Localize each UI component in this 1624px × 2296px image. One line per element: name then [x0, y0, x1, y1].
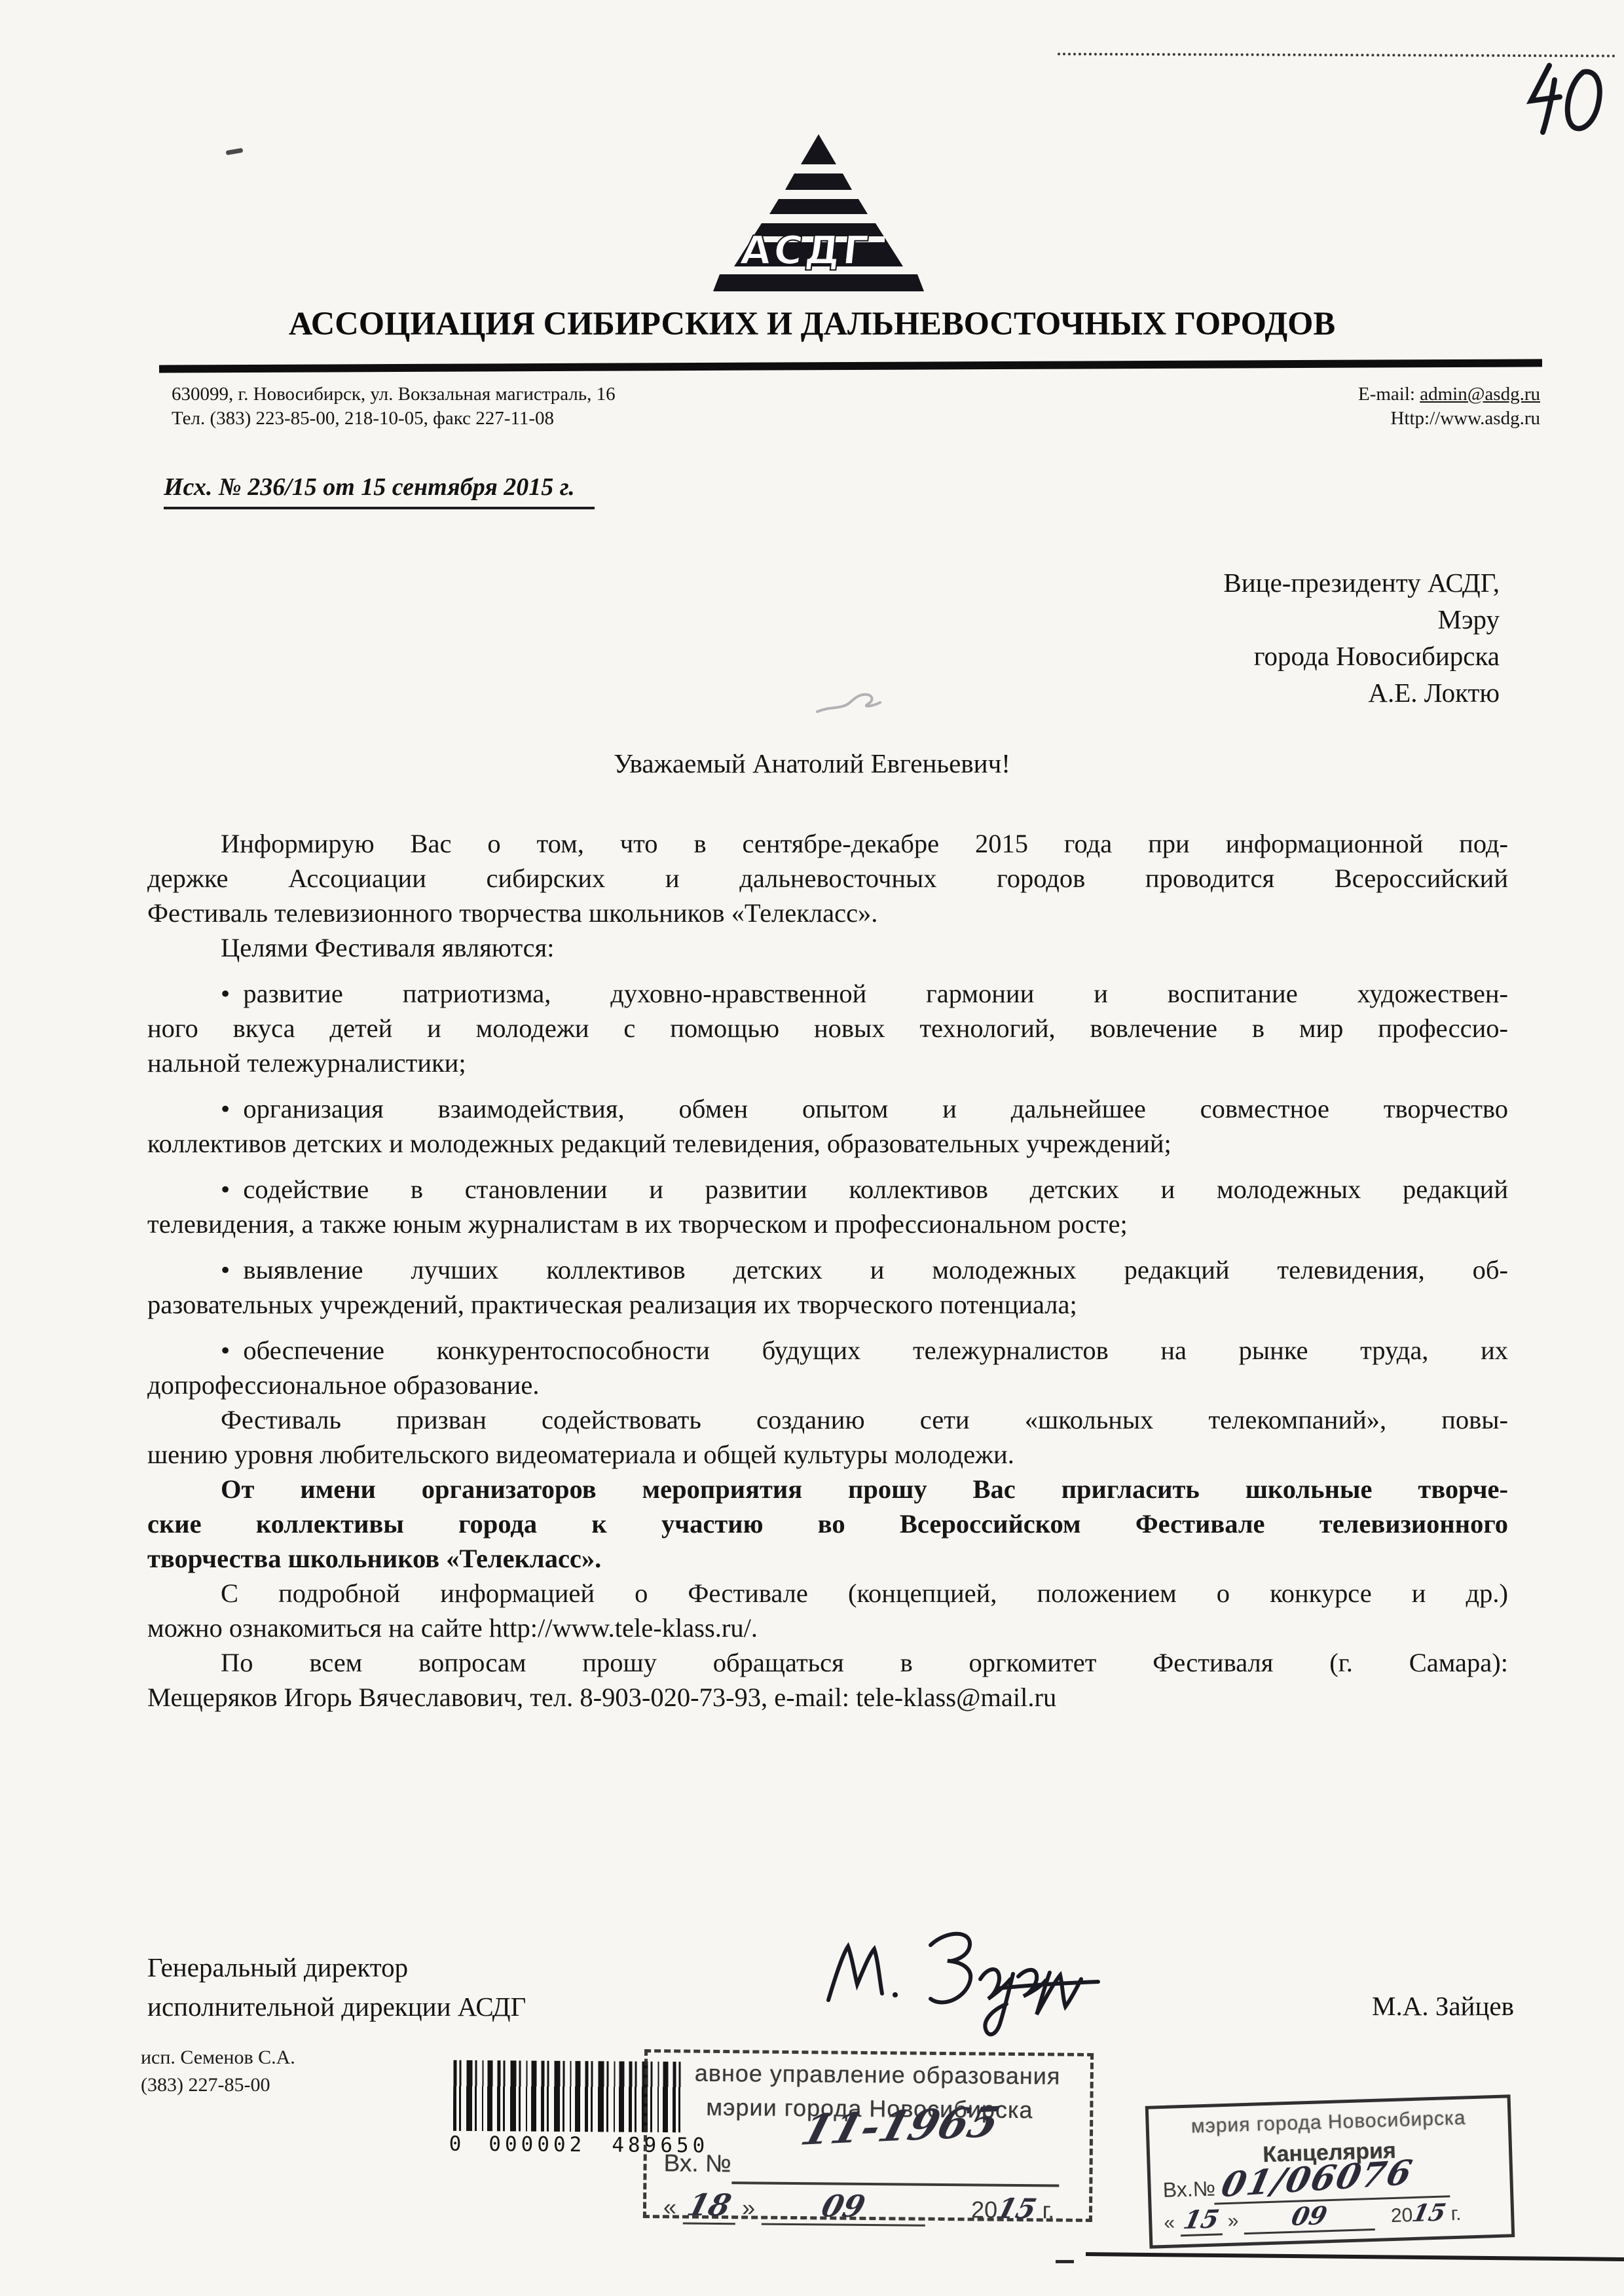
body-line: допрофессиональное образование.	[147, 1368, 1508, 1402]
body-line: Фестиваль телевизионного творчества школ…	[147, 896, 1508, 930]
org-web-block: E-mail: admin@asdg.ru Http://www.asdg.ru	[1358, 382, 1540, 431]
executor-block: исп. Семенов С.А. (383) 227-85-00	[141, 2044, 295, 2099]
stamp-city-chancellery: мэрия города Новосибирска Канцелярия Вх.…	[1145, 2094, 1515, 2248]
email-label: E-mail:	[1358, 384, 1420, 405]
stamp-incoming-label: Вх.№	[1162, 2177, 1215, 2203]
body-line: творчества школьников «Телекласс».	[147, 1541, 1508, 1576]
body-paragraph: Информирую Вас о том, что в сентябре-дек…	[147, 826, 1508, 930]
letter-body: Информирую Вас о том, что в сентябре-дек…	[147, 826, 1508, 1715]
stamp-year-handwritten: 15	[1410, 2198, 1449, 2227]
body-line: • развитие патриотизма, духовно-нравстве…	[147, 976, 1508, 1011]
body-line: телевидения, а также юным журналистам в …	[147, 1207, 1508, 1241]
logo-text: АСДГ	[739, 228, 873, 274]
body-line: • обеспечение конкурентоспособности буду…	[147, 1333, 1508, 1368]
org-website: Http://www.asdg.ru	[1358, 407, 1540, 431]
organization-name: АССОЦИАЦИЯ СИБИРСКИХ И ДАЛЬНЕВОСТОЧНЫХ Г…	[8, 305, 1615, 343]
body-line: нальной тележурналистики;	[147, 1046, 1508, 1080]
scan-artifact-dash	[1056, 2260, 1074, 2263]
body-line: • организация взаимодействия, обмен опыт…	[147, 1091, 1508, 1126]
stamp-year-prefix: 20	[971, 2196, 997, 2223]
body-line: Мещеряков Игорь Вячеславович, тел. 8-903…	[147, 1680, 1508, 1715]
recipient-line: Мэру	[1223, 601, 1500, 638]
body-line: Информирую Вас о том, что в сентябре-дек…	[147, 826, 1508, 861]
stamp-education-department: авное управление образования мэрии город…	[643, 2049, 1094, 2222]
stamp-incoming-label: Вх. №	[663, 2149, 731, 2178]
stamp-date-row: « 15 » 09 2015 г.	[1164, 2195, 1492, 2237]
body-line: По всем вопросам прошу обращаться в оргк…	[147, 1645, 1508, 1680]
scan-artifact-dash	[226, 148, 244, 155]
org-phone: Тел. (383) 223-85-00, 218-10-05, факс 22…	[172, 407, 616, 431]
body-paragraph: • организация взаимодействия, обмен опыт…	[147, 1091, 1508, 1161]
stamp-org-line: мэрия города Новосибирска	[1149, 2105, 1508, 2139]
org-address-block: 630099, г. Новосибирск, ул. Вокзальная м…	[172, 382, 616, 431]
org-email: admin@asdg.ru	[1420, 384, 1540, 405]
body-paragraph: • выявление лучших коллективов детских и…	[147, 1252, 1508, 1322]
stamp-day-handwritten: 15	[1181, 2204, 1222, 2234]
stamp-date-row: « 18 » 09 2015 г.	[663, 2187, 1069, 2227]
stamp-quote: »	[1227, 2210, 1239, 2232]
stamp-year-handwritten: 15	[993, 2193, 1040, 2225]
body-line: разовательных учреждений, практическая р…	[147, 1287, 1508, 1322]
org-email-line: E-mail: admin@asdg.ru	[1358, 382, 1540, 407]
body-paragraph: Фестиваль призван содействовать созданию…	[147, 1402, 1508, 1472]
recipient-line: Вице-президенту АСДГ,	[1223, 564, 1500, 601]
stamp-year-prefix: 20	[1390, 2204, 1412, 2227]
stamp-quote: «	[663, 2193, 676, 2220]
handwritten-signature	[802, 1895, 1130, 2046]
scan-artifact-line	[1086, 2252, 1624, 2261]
stamp-year-suffix: г.	[1450, 2203, 1462, 2225]
outgoing-reference: Исх. № 236/15 от 15 сентября 2015 г.	[164, 473, 595, 509]
stamp-org-line: авное управление образования	[695, 2060, 1061, 2090]
handwritten-page-number	[1521, 58, 1612, 143]
stamp-month-handwritten: 09	[818, 2188, 869, 2223]
body-line: Фестиваль призван содействовать созданию…	[147, 1402, 1508, 1437]
recipient-block: Вице-президенту АСДГ, Мэру города Новоси…	[1223, 564, 1500, 711]
body-line: С подробной информацией о Фестивале (кон…	[147, 1576, 1508, 1611]
body-line: ские коллективы города к участию во Всер…	[147, 1506, 1508, 1541]
body-paragraph: С подробной информацией о Фестивале (кон…	[147, 1576, 1508, 1645]
body-paragraph: • содействие в становлении и развитии ко…	[147, 1172, 1508, 1241]
stamp-quote: »	[742, 2194, 755, 2221]
signer-name: М.А. Зайцев	[1372, 1990, 1514, 2022]
top-dotted-line	[1058, 53, 1615, 58]
recipient-line: А.Е. Локтю	[1223, 674, 1500, 711]
body-line: • выявление лучших коллективов детских и…	[147, 1252, 1508, 1287]
salutation: Уважаемый Анатолий Евгеньевич!	[0, 748, 1624, 779]
signer-position-line: Генеральный директор	[147, 1948, 526, 1987]
signer-position-line: исполнительной дирекции АСДГ	[147, 1987, 526, 2026]
body-line: коллективов детских и молодежных редакци…	[147, 1126, 1508, 1161]
stamp-incoming-underline	[731, 2181, 1059, 2187]
asdg-logo: АСДГ	[678, 128, 959, 298]
body-line: шению уровня любительского видеоматериал…	[147, 1437, 1508, 1472]
executor-name: исп. Семенов С.А.	[141, 2044, 295, 2071]
stamp-month-handwritten: 09	[1289, 2200, 1330, 2231]
signer-position-block: Генеральный директор исполнительной дире…	[147, 1948, 526, 2026]
body-paragraph: • обеспечение конкурентоспособности буду…	[147, 1333, 1508, 1402]
body-line: можно ознакомиться на сайте http://www.t…	[147, 1611, 1508, 1645]
scanned-letter-page: АСДГ АССОЦИАЦИЯ СИБИРСКИХ И ДАЛЬНЕВОСТОЧ…	[0, 0, 1624, 2296]
body-paragraph: От имени организаторов мероприятия прошу…	[147, 1472, 1508, 1576]
executor-phone: (383) 227-85-00	[141, 2071, 295, 2099]
stamp-quote: «	[1164, 2212, 1175, 2234]
body-paragraph: • развитие патриотизма, духовно-нравстве…	[147, 976, 1508, 1080]
handwritten-mark	[812, 678, 904, 723]
body-line: От имени организаторов мероприятия прошу…	[147, 1472, 1508, 1506]
body-paragraph: По всем вопросам прошу обращаться в оргк…	[147, 1645, 1508, 1715]
barcode-digit-group: 000002	[489, 2132, 585, 2157]
stamp-incoming-number-handwritten: 11-1965	[796, 2098, 1005, 2155]
body-line: • содействие в становлении и развитии ко…	[147, 1172, 1508, 1207]
recipient-line: города Новосибирска	[1223, 638, 1500, 674]
org-address: 630099, г. Новосибирск, ул. Вокзальная м…	[172, 382, 616, 407]
barcode-digit-group: 0	[449, 2132, 462, 2156]
body-line: ного вкуса детей и молодежи с помощью но…	[147, 1011, 1508, 1046]
header-rule	[159, 359, 1542, 373]
body-paragraph: Целями Фестиваля являются:	[147, 930, 1508, 965]
body-line: Целями Фестиваля являются:	[147, 930, 1508, 965]
stamp-year-suffix: г.	[1042, 2196, 1054, 2223]
stamp-day-handwritten: 18	[684, 2187, 735, 2223]
body-line: держке Ассоциации сибирских и дальневост…	[147, 861, 1508, 896]
